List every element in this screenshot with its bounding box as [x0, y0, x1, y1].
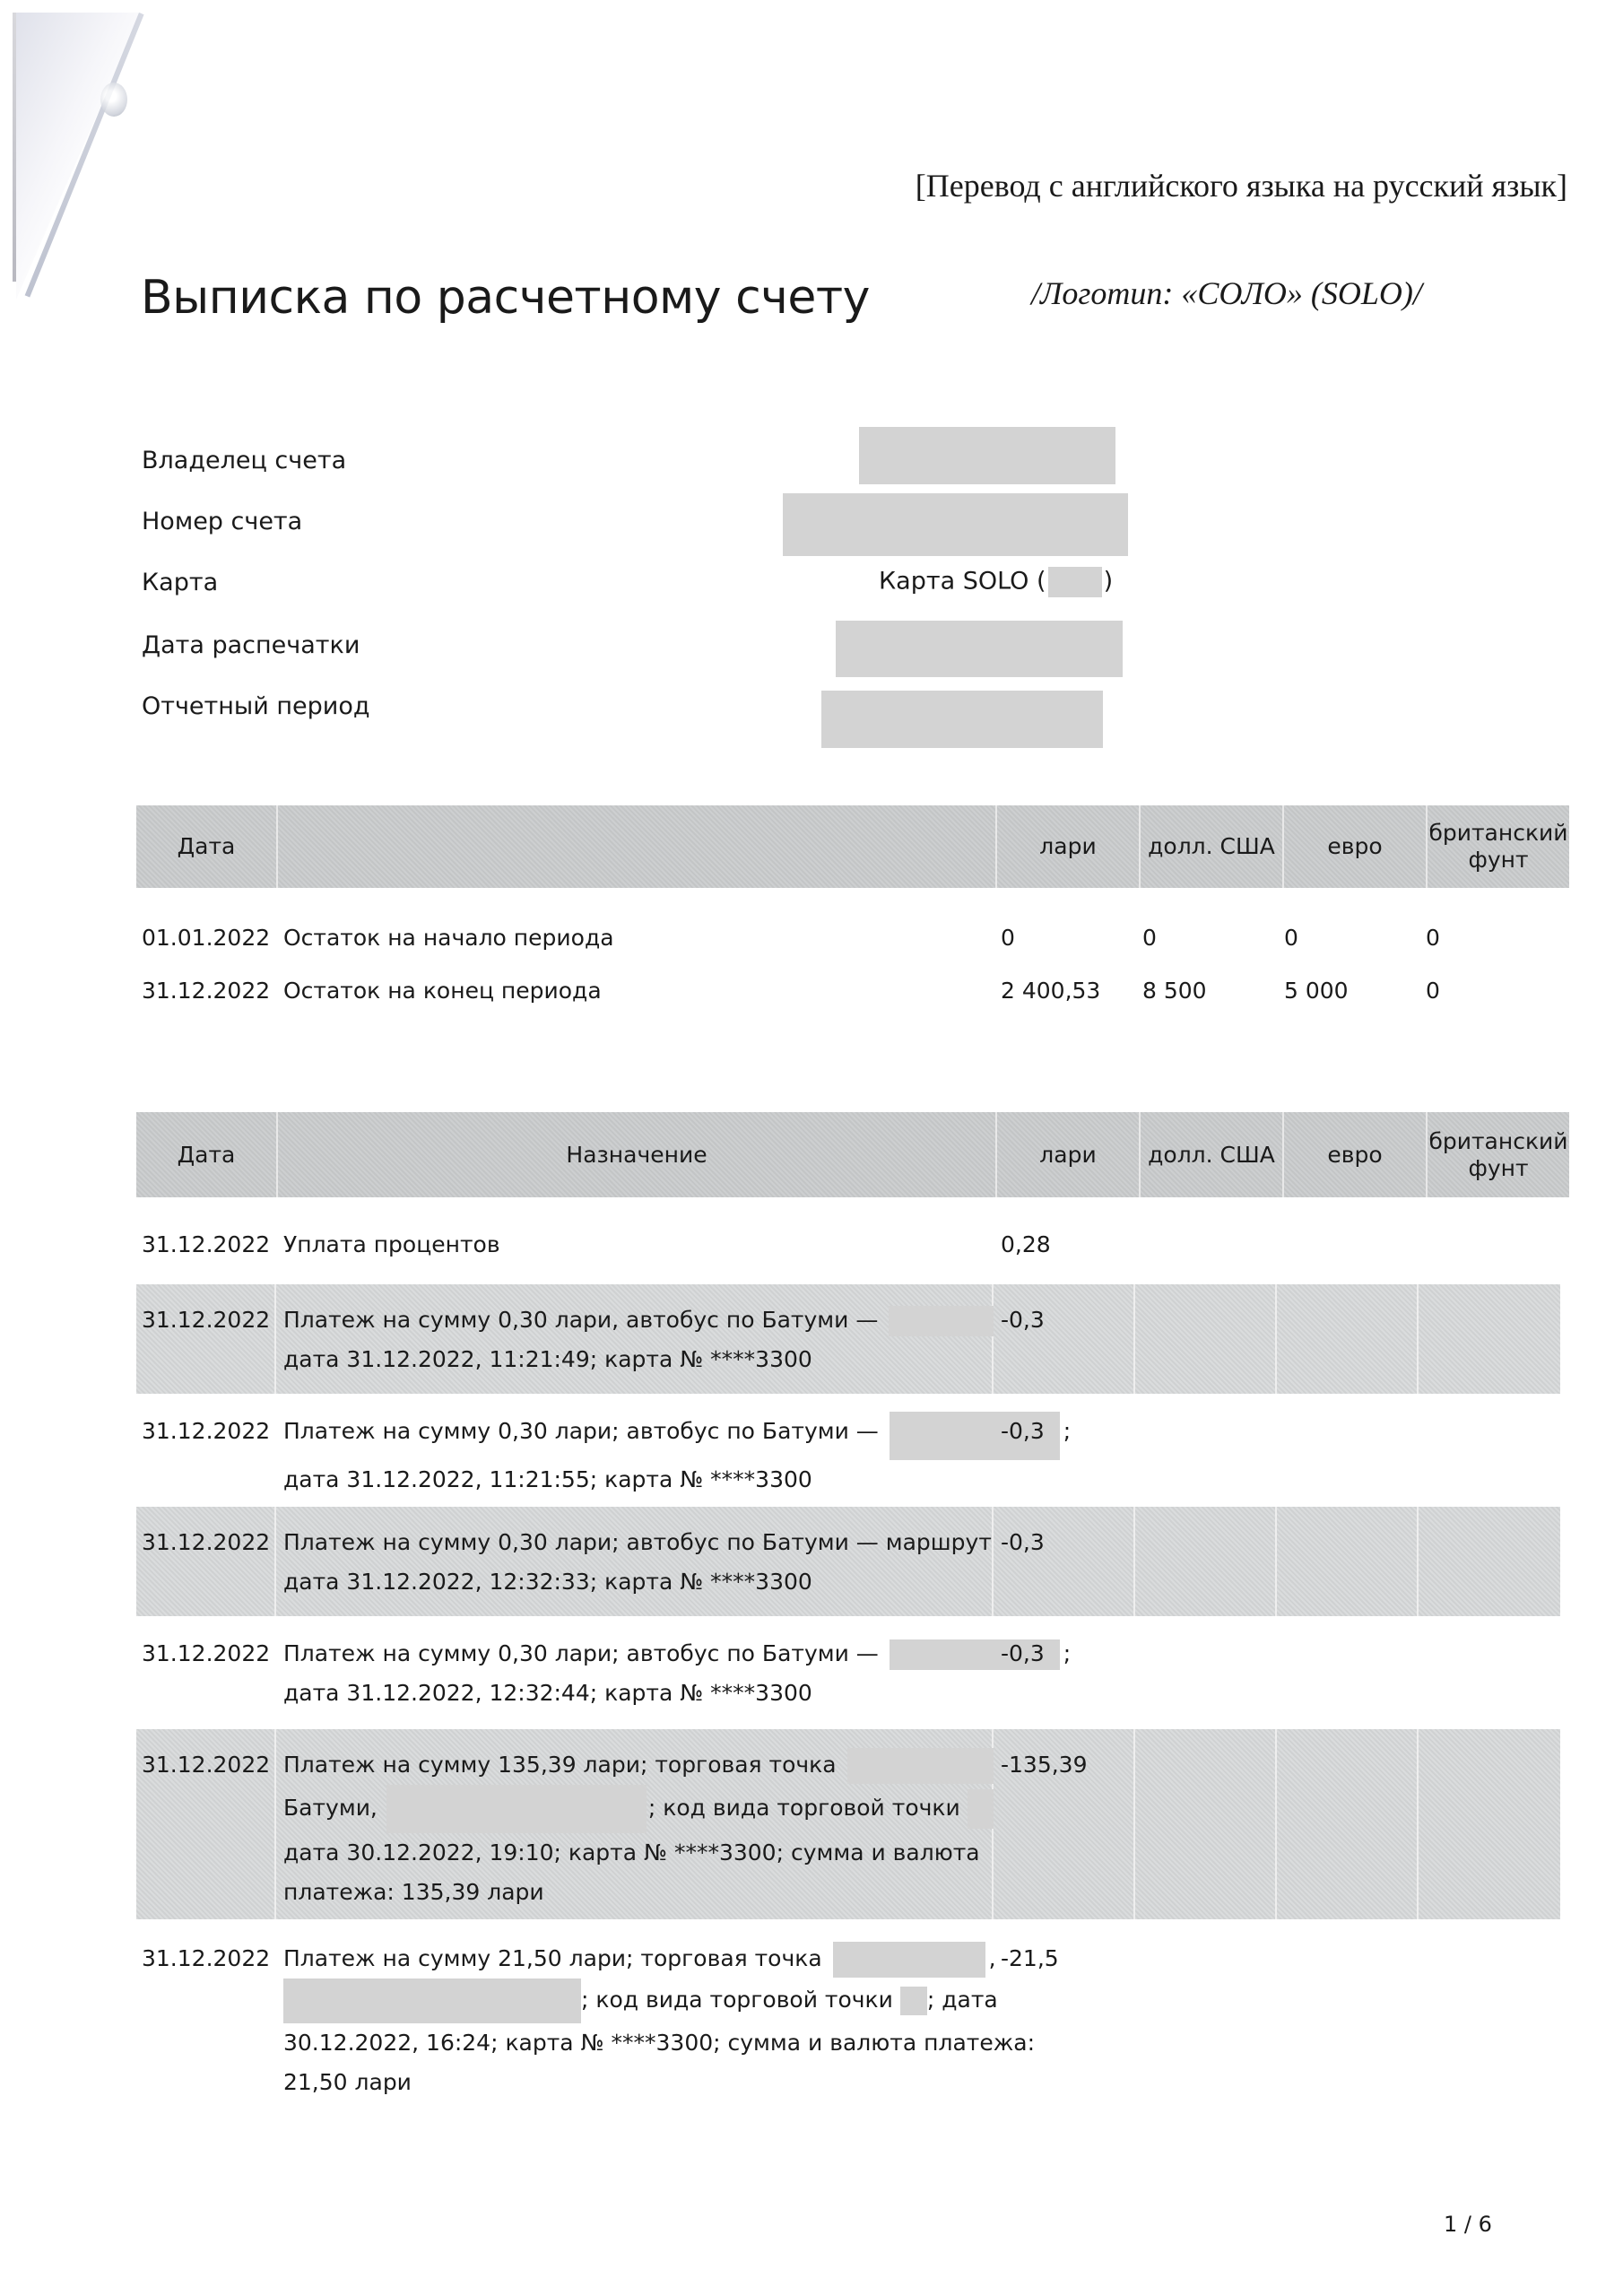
transactions-table-header: Дата Назначение лари долл. США евро брит…: [136, 1112, 1569, 1197]
purpose-line: Платеж на сумму 0,30 лари, автобус по Ба…: [283, 1300, 985, 1340]
col-header-gbp: британский фунт: [1428, 805, 1569, 888]
redaction: [283, 1979, 581, 2023]
row-purpose: Платеж на сумму 0,30 лари; автобус по Ба…: [276, 1396, 994, 1505]
row-date: 31.12.2022: [136, 1618, 276, 1727]
row-eur: [1277, 1618, 1419, 1727]
row-date: 31.12.2022: [136, 971, 276, 1011]
page-title: Выписка по расчетному счету: [141, 271, 870, 325]
col-header-usd: долл. США: [1141, 1112, 1284, 1197]
row-purpose: Платеж на сумму 0,30 лари; автобус по Ба…: [276, 1507, 994, 1616]
purpose-line: дата 31.12.2022, 11:21:49; карта № ****3…: [283, 1340, 985, 1379]
purpose-line: 21,50 лари: [283, 2063, 985, 2102]
row-gel: 2 400,53: [994, 971, 1135, 1011]
row-usd: [1135, 1729, 1277, 1919]
table-row: 31.12.2022 Платеж на сумму 21,50 лари; т…: [136, 1923, 1569, 2093]
row-usd: 8 500: [1135, 971, 1277, 1011]
col-header-usd: долл. США: [1141, 805, 1284, 888]
table-row: 31.12.2022 Платеж на сумму 0,30 лари; ав…: [136, 1507, 1569, 1616]
redaction: [833, 1942, 985, 1978]
purpose-line: дата 31.12.2022, 12:32:33; карта № ****3…: [283, 1562, 985, 1602]
purpose-line: ; код вида торговой точки ; дата: [283, 1979, 985, 2023]
owner-label: Владелец счета: [142, 447, 346, 474]
row-usd: [1135, 1923, 1277, 2093]
row-usd: 0: [1135, 918, 1277, 958]
balance-table-header: Дата лари долл. США евро британский фунт: [136, 805, 1569, 888]
table-row: 31.12.2022 Платеж на сумму 0,30 лари, ав…: [136, 1284, 1569, 1394]
row-gel: -0,3: [994, 1396, 1135, 1505]
card-number-redaction: [1048, 567, 1102, 597]
purpose-line: платежа: 135,39 лари: [283, 1873, 985, 1912]
period-redaction: [821, 691, 1103, 748]
purpose-line: Платеж на сумму 0,30 лари; автобус по Ба…: [283, 1634, 985, 1674]
row-purpose: Платеж на сумму 21,50 лари; торговая точ…: [276, 1923, 994, 2093]
row-gbp: [1419, 1923, 1560, 2093]
row-eur: [1277, 1507, 1419, 1616]
row-gbp: [1419, 1225, 1560, 1275]
card-value: Карта SOLO (): [879, 567, 1113, 597]
col-header-description: [278, 805, 997, 888]
row-purpose: Платеж на сумму 0,30 лари, автобус по Ба…: [276, 1284, 994, 1394]
purpose-text: Батуми,: [283, 1795, 378, 1821]
row-usd: [1135, 1225, 1277, 1275]
owner-redaction: [859, 427, 1115, 484]
row-gel: -135,39: [994, 1729, 1135, 1919]
row-gbp: [1419, 1396, 1560, 1505]
purpose-line: Батуми, ; код вида торговой точки ;: [283, 1785, 985, 1833]
row-date: 31.12.2022: [136, 1923, 276, 2093]
row-eur: [1277, 1284, 1419, 1394]
row-gel: -0,3: [994, 1284, 1135, 1394]
col-header-gbp: британский фунт: [1428, 1112, 1569, 1197]
row-gbp: [1419, 1618, 1560, 1727]
row-description: Остаток на конец периода: [276, 971, 994, 1011]
row-gbp: 0: [1419, 971, 1560, 1011]
table-row: 31.12.2022 Уплата процентов 0,28: [136, 1225, 1569, 1275]
row-date: 31.12.2022: [136, 1284, 276, 1394]
table-row: 31.12.2022 Платеж на сумму 0,30 лари; ав…: [136, 1618, 1569, 1727]
row-eur: [1277, 1225, 1419, 1275]
purpose-line: Платеж на сумму 135,39 лари; торговая то…: [283, 1745, 985, 1785]
col-header-eur: евро: [1284, 805, 1428, 888]
col-header-eur: евро: [1284, 1112, 1428, 1197]
table-row: 31.12.2022 Остаток на конец периода 2 40…: [136, 971, 1569, 1011]
row-usd: [1135, 1284, 1277, 1394]
row-purpose: Платеж на сумму 0,30 лари; автобус по Ба…: [276, 1618, 994, 1727]
row-eur: 0: [1277, 918, 1419, 958]
purpose-line: Платеж на сумму 0,30 лари; автобус по Ба…: [283, 1523, 985, 1562]
row-usd: [1135, 1507, 1277, 1616]
scan-clip-artifact: [100, 83, 127, 117]
purpose-text: ; код вида торговой точки: [648, 1795, 960, 1821]
col-header-date: Дата: [136, 1112, 278, 1197]
account-number-redaction: [783, 493, 1128, 556]
purpose-text: ; код вида торговой точки: [581, 1987, 893, 2013]
logo-note: /Логотип: «СОЛО» (SOLO)/: [1031, 274, 1422, 312]
col-header-date: Дата: [136, 805, 278, 888]
row-gel: 0,28: [994, 1225, 1135, 1275]
row-gel: 0: [994, 918, 1135, 958]
table-row: 01.01.2022 Остаток на начало периода 0 0…: [136, 918, 1569, 958]
row-gel: -21,5: [994, 1923, 1135, 2093]
col-header-gel: лари: [997, 1112, 1141, 1197]
table-row: 31.12.2022 Платеж на сумму 0,30 лари; ав…: [136, 1396, 1569, 1505]
scan-edge-artifact: [13, 13, 16, 282]
purpose-line: Платеж на сумму 0,30 лари; автобус по Ба…: [283, 1412, 985, 1460]
balance-table: Дата лари долл. США евро британский фунт…: [136, 805, 1569, 1021]
card-value-prefix: Карта SOLO (: [879, 568, 1046, 596]
redaction: [900, 1987, 927, 2015]
print-date-label: Дата распечатки: [142, 631, 360, 659]
redaction: [386, 1785, 647, 1833]
purpose-text: Платеж на сумму 0,30 лари, автобус по Ба…: [283, 1307, 878, 1333]
row-purpose: Уплата процентов: [276, 1225, 994, 1275]
row-purpose: Платеж на сумму 135,39 лари; торговая то…: [276, 1729, 994, 1919]
transactions-table: Дата Назначение лари долл. США евро брит…: [136, 1112, 1569, 2099]
col-header-gel: лари: [997, 805, 1141, 888]
row-date: 31.12.2022: [136, 1729, 276, 1919]
row-date: 31.12.2022: [136, 1507, 276, 1616]
row-date: 01.01.2022: [136, 918, 276, 958]
card-value-suffix: ): [1104, 568, 1114, 596]
row-eur: [1277, 1396, 1419, 1505]
purpose-line: дата 31.12.2022, 11:21:55; карта № ****3…: [283, 1460, 985, 1500]
row-date: 31.12.2022: [136, 1225, 276, 1275]
col-header-purpose: Назначение: [278, 1112, 997, 1197]
row-gel: -0,3: [994, 1507, 1135, 1616]
row-eur: [1277, 1923, 1419, 2093]
row-eur: 5 000: [1277, 971, 1419, 1011]
row-gbp: [1419, 1729, 1560, 1919]
period-label: Отчетный период: [142, 692, 370, 720]
row-gbp: [1419, 1507, 1560, 1616]
purpose-text: ; дата: [927, 1987, 998, 2013]
purpose-text: Платеж на сумму 0,30 лари; автобус по Ба…: [283, 1418, 879, 1444]
purpose-text: Платеж на сумму 135,39 лари; торговая то…: [283, 1752, 837, 1778]
account-number-label: Номер счета: [142, 508, 302, 535]
purpose-text: Платеж на сумму 21,50 лари; торговая точ…: [283, 1945, 822, 1971]
row-gbp: 0: [1419, 918, 1560, 958]
row-description: Остаток на начало периода: [276, 918, 994, 958]
purpose-line: дата 31.12.2022, 12:32:44; карта № ****3…: [283, 1674, 985, 1713]
card-label: Карта: [142, 569, 218, 596]
row-gel: -0,3: [994, 1618, 1135, 1727]
row-gbp: [1419, 1284, 1560, 1394]
table-row: 31.12.2022 Платеж на сумму 135,39 лари; …: [136, 1729, 1569, 1919]
purpose-line: Платеж на сумму 21,50 лари; торговая точ…: [283, 1939, 985, 1979]
purpose-line: 30.12.2022, 16:24; карта № ****3300; сум…: [283, 2023, 985, 2063]
row-usd: [1135, 1396, 1277, 1505]
row-date: 31.12.2022: [136, 1396, 276, 1505]
row-usd: [1135, 1618, 1277, 1727]
print-date-redaction: [836, 621, 1123, 677]
translation-note: [Перевод с английского языка на русский …: [916, 167, 1567, 204]
row-eur: [1277, 1729, 1419, 1919]
purpose-line: дата 30.12.2022, 19:10; карта № ****3300…: [283, 1833, 985, 1873]
purpose-text: Платеж на сумму 0,30 лари; автобус по Ба…: [283, 1640, 879, 1666]
page-number: 1 / 6: [1444, 2212, 1492, 2237]
